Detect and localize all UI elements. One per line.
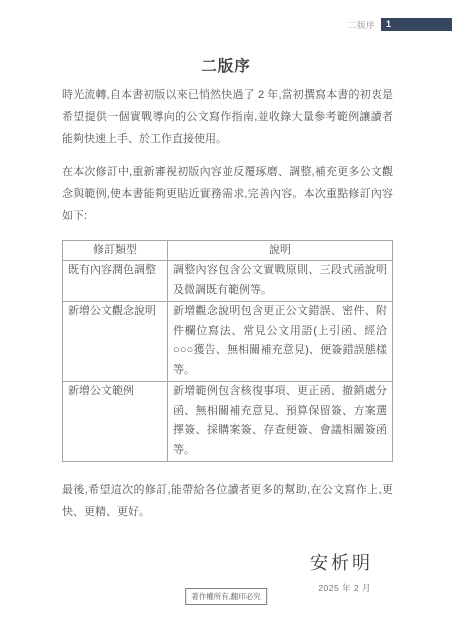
page-title: 二版序 <box>0 54 452 76</box>
document-page: 二版序 1 二版序 時光流轉,自本書初版以來已悄然快過了 2 年,當初撰寫本書的… <box>0 0 452 640</box>
closing-paragraph: 最後,希望這次的修訂,能帶給各位讀者更多的幫助,在公文寫作上,更快、更精、更好。 <box>62 479 393 523</box>
page-number-badge: 1 <box>381 18 452 31</box>
running-header-title: 二版序 <box>348 19 375 31</box>
table-row: 新增公文觀念說明 新增觀念說明包含更正公文錯誤、密件、附件欄位寫法、常見公文用語… <box>63 302 393 382</box>
revision-type-cell: 新增公文範例 <box>63 382 168 462</box>
revision-type-cell: 既有內容潤色調整 <box>63 261 168 302</box>
revision-overview-paragraph: 在本次修訂中,重新審視初版內容並反覆琢磨、調整,補充更多公文觀念與範例,使本書能… <box>62 161 393 227</box>
document-body: 時光流轉,自本書初版以來已悄然快過了 2 年,當初撰寫本書的初衷是希望提供一個實… <box>62 84 393 594</box>
revision-description-cell: 新增範例包含核復事項、更正函、撤銷處分函、無相關補充意見、預算保留簽、方案選擇簽… <box>168 382 393 462</box>
page-footer: 著作權所有,翻印必究 <box>0 588 452 640</box>
table-header-description: 說明 <box>168 241 393 261</box>
table-header-type: 修訂類型 <box>63 241 168 261</box>
author-name: 安析明 <box>62 549 373 575</box>
intro-paragraph: 時光流轉,自本書初版以來已悄然快過了 2 年,當初撰寫本書的初衷是希望提供一個實… <box>62 84 393 150</box>
revision-table: 修訂類型 說明 既有內容潤色調整 調整內容包含公文實戰原則、三段式函說明及微調既… <box>62 240 393 462</box>
page-header: 二版序 1 <box>0 18 452 31</box>
table-row: 新增公文範例 新增範例包含核復事項、更正函、撤銷處分函、無相關補充意見、預算保留… <box>63 382 393 462</box>
copyright-notice: 著作權所有,翻印必究 <box>185 588 267 605</box>
table-row: 既有內容潤色調整 調整內容包含公文實戰原則、三段式函說明及微調既有範例等。 <box>63 261 393 302</box>
revision-description-cell: 新增觀念說明包含更正公文錯誤、密件、附件欄位寫法、常見公文用語(上引函、經洽○○… <box>168 302 393 382</box>
revision-type-cell: 新增公文觀念說明 <box>63 302 168 382</box>
table-header-row: 修訂類型 說明 <box>63 241 393 261</box>
revision-description-cell: 調整內容包含公文實戰原則、三段式函說明及微調既有範例等。 <box>168 261 393 302</box>
